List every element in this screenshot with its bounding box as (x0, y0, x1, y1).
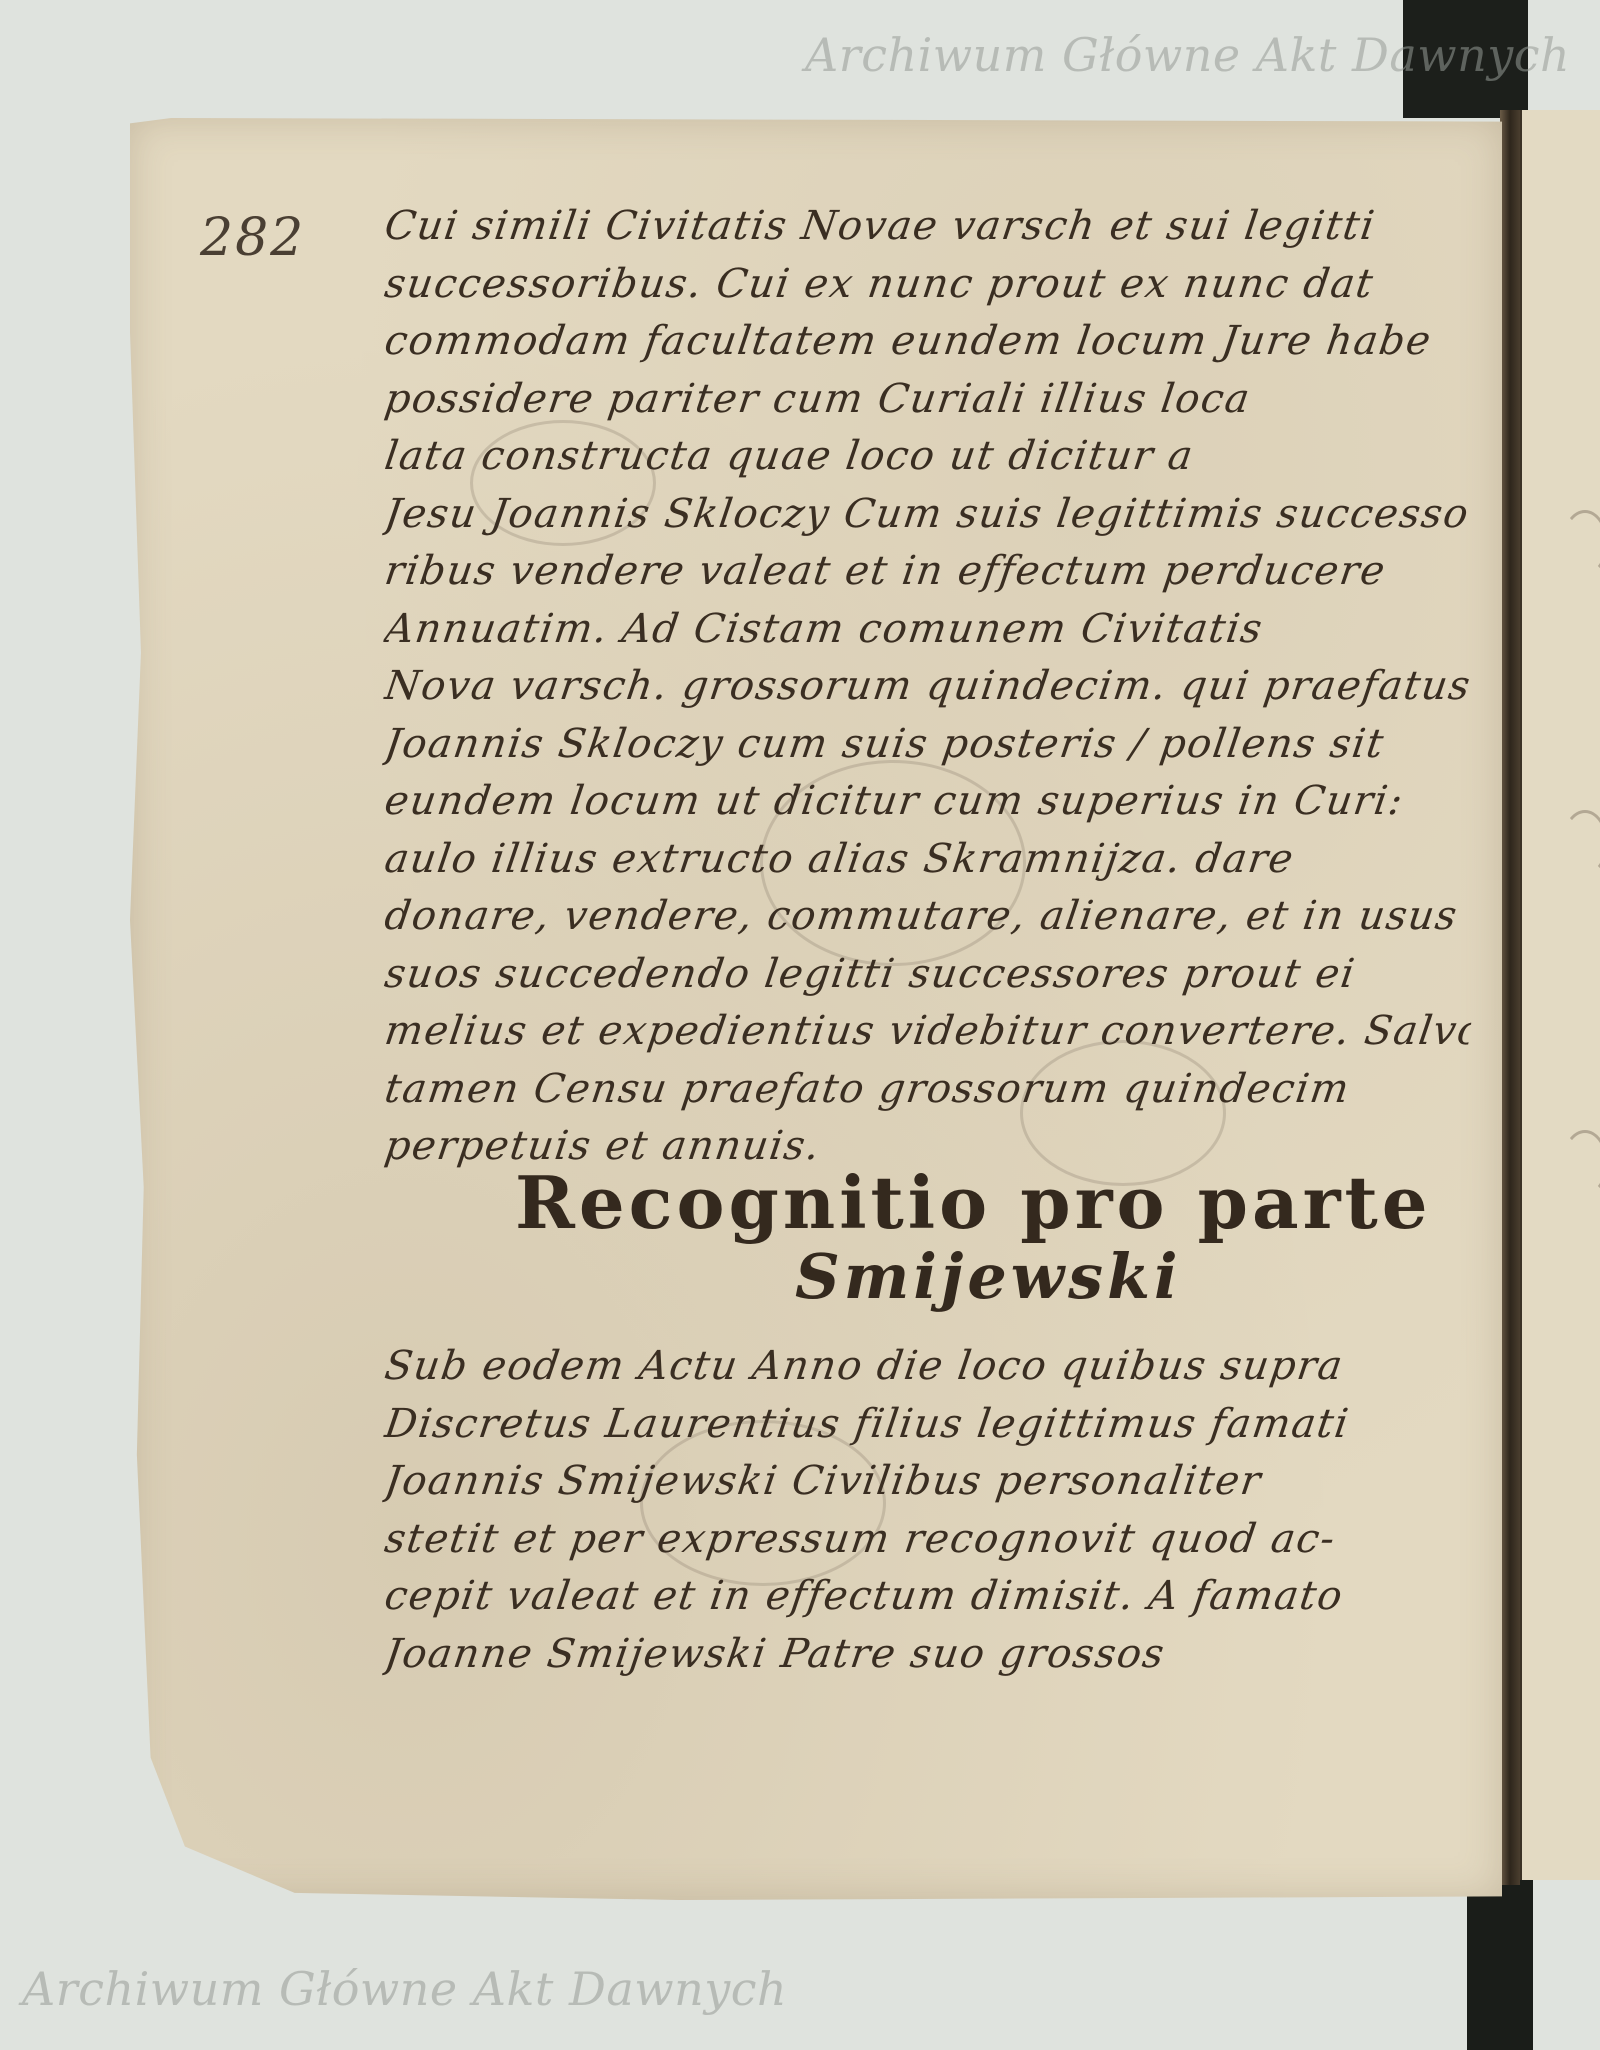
manuscript-line: Joannis Skloczy cum suis posteris / poll… (381, 716, 1474, 774)
manuscript-text-block-2: Sub eodem Actu Anno die loco quibus supr… (385, 1338, 1470, 1683)
manuscript-line: Discretus Laurentius filius legittimus f… (381, 1396, 1474, 1454)
manuscript-line: melius et expedientius videbitur convert… (381, 1003, 1474, 1061)
archive-watermark-bottom: Archiwum Główne Akt Dawnych (22, 1962, 787, 2016)
ink-bleed-mark (1562, 510, 1600, 576)
manuscript-text-block-1: Cui simili Civitatis Novae varsch et sui… (385, 198, 1470, 1176)
ink-bleed-mark (1562, 1130, 1600, 1196)
manuscript-line: donare, vendere, commutare, alienare, et… (381, 888, 1474, 946)
manuscript-line: cepit valeat et in effectum dimisit. A f… (381, 1568, 1474, 1626)
manuscript-line: Jesu Joannis Skloczy Cum suis legittimis… (381, 486, 1474, 544)
manuscript-line: ribus vendere valeat et in effectum perd… (381, 543, 1474, 601)
manuscript-line: stetit et per expressum recognovit quod … (381, 1511, 1474, 1569)
adjacent-page (1518, 110, 1600, 1880)
manuscript-line: successoribus. Cui ex nunc prout ex nunc… (381, 256, 1474, 314)
section-heading: Recognitio pro parte (515, 1160, 1432, 1245)
manuscript-line: Cui simili Civitatis Novae varsch et sui… (381, 198, 1474, 256)
book-gutter (1500, 110, 1520, 1885)
manuscript-line: commodam facultatem eundem locum Jure ha… (381, 313, 1474, 371)
manuscript-line: tamen Censu praefato grossorum quindecim (381, 1061, 1474, 1119)
ink-bleed-mark (1562, 810, 1600, 876)
folio-number: 282 (200, 208, 305, 268)
manuscript-line: eundem locum ut dicitur cum superius in … (381, 773, 1474, 831)
manuscript-line: possidere pariter cum Curiali illius loc… (381, 371, 1474, 429)
manuscript-line: Annuatim. Ad Cistam comunem Civitatis (381, 601, 1474, 659)
section-heading-name: Smijewski (795, 1240, 1182, 1313)
manuscript-line: Joannis Smijewski Civilibus personaliter (381, 1453, 1474, 1511)
manuscript-line: Sub eodem Actu Anno die loco quibus supr… (381, 1338, 1474, 1396)
manuscript-line: Nova varsch. grossorum quindecim. qui pr… (381, 658, 1474, 716)
manuscript-line: lata constructa quae loco ut dicitur a (381, 428, 1474, 486)
scan-black-band-bottom (1467, 1880, 1533, 2050)
manuscript-line: aulo illius extructo alias Skramnijza. d… (381, 831, 1474, 889)
archive-watermark-top: Archiwum Główne Akt Dawnych (805, 28, 1570, 82)
manuscript-line: Joanne Smijewski Patre suo grossos (381, 1626, 1474, 1684)
manuscript-line: suos succedendo legitti successores prou… (381, 946, 1474, 1004)
